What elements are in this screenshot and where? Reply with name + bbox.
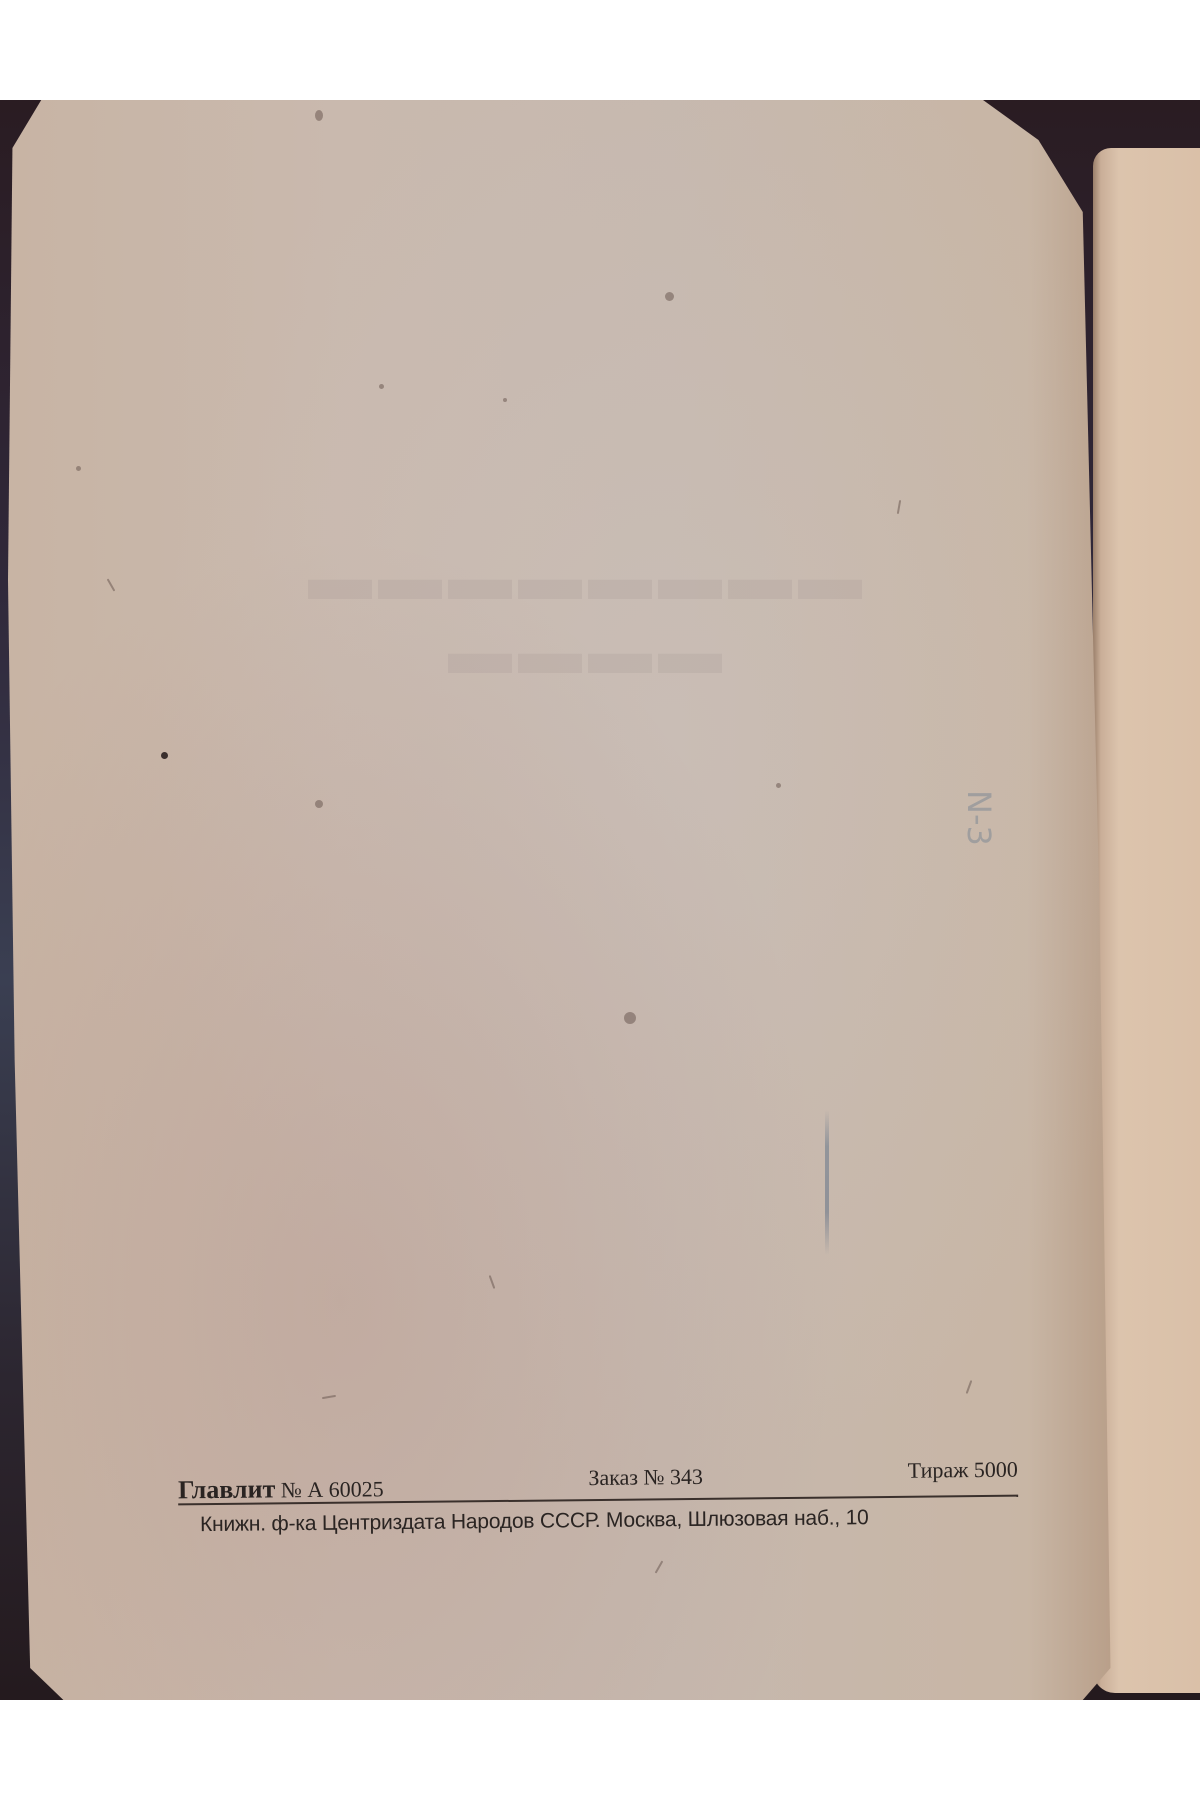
printer-line: Книжн. ф-ка Центриздата Народов СССР. Мо… bbox=[178, 1505, 1018, 1538]
pencil-note: N-3 bbox=[960, 790, 998, 846]
paper-fiber bbox=[655, 1560, 664, 1573]
paper-fleck bbox=[315, 110, 323, 121]
glavlit-label: Главлит bbox=[178, 1474, 276, 1504]
paper-fleck bbox=[624, 1012, 636, 1024]
imprint-top-line: Главлит № А 60025 Заказ № 343 Тираж 5000 bbox=[178, 1461, 1018, 1506]
imprint-block: Главлит № А 60025 Заказ № 343 Тираж 5000… bbox=[178, 1465, 1018, 1533]
left-page: ▬▬▬▬▬▬▬▬▬▬▬▬ N-3 Главлит № А 60025 Заказ… bbox=[8, 100, 1116, 1700]
order-number: Заказ № 343 bbox=[588, 1464, 703, 1491]
paper-fleck bbox=[776, 783, 781, 788]
print-run: Тираж 5000 bbox=[908, 1457, 1018, 1484]
paper-fiber bbox=[897, 500, 901, 514]
pencil-stroke bbox=[825, 1110, 829, 1255]
show-through-text: ▬▬▬▬▬▬▬▬▬▬▬▬ bbox=[158, 540, 1018, 940]
right-page-edge bbox=[1093, 148, 1200, 1693]
paper-fiber bbox=[322, 1395, 336, 1399]
paper-fleck bbox=[315, 800, 323, 808]
paper-fleck bbox=[161, 752, 168, 759]
paper-fleck bbox=[379, 384, 384, 389]
paper-fiber bbox=[966, 1380, 973, 1394]
paper-fleck bbox=[76, 466, 81, 471]
glavlit-number: Главлит № А 60025 bbox=[178, 1473, 384, 1505]
paper-fleck bbox=[503, 398, 507, 402]
book-photo: ▬▬▬▬▬▬▬▬▬▬▬▬ N-3 Главлит № А 60025 Заказ… bbox=[0, 100, 1200, 1700]
paper-fiber bbox=[107, 578, 116, 591]
paper-fleck bbox=[665, 292, 674, 301]
glavlit-value: № А 60025 bbox=[281, 1476, 384, 1502]
paper-fiber bbox=[489, 1275, 496, 1289]
